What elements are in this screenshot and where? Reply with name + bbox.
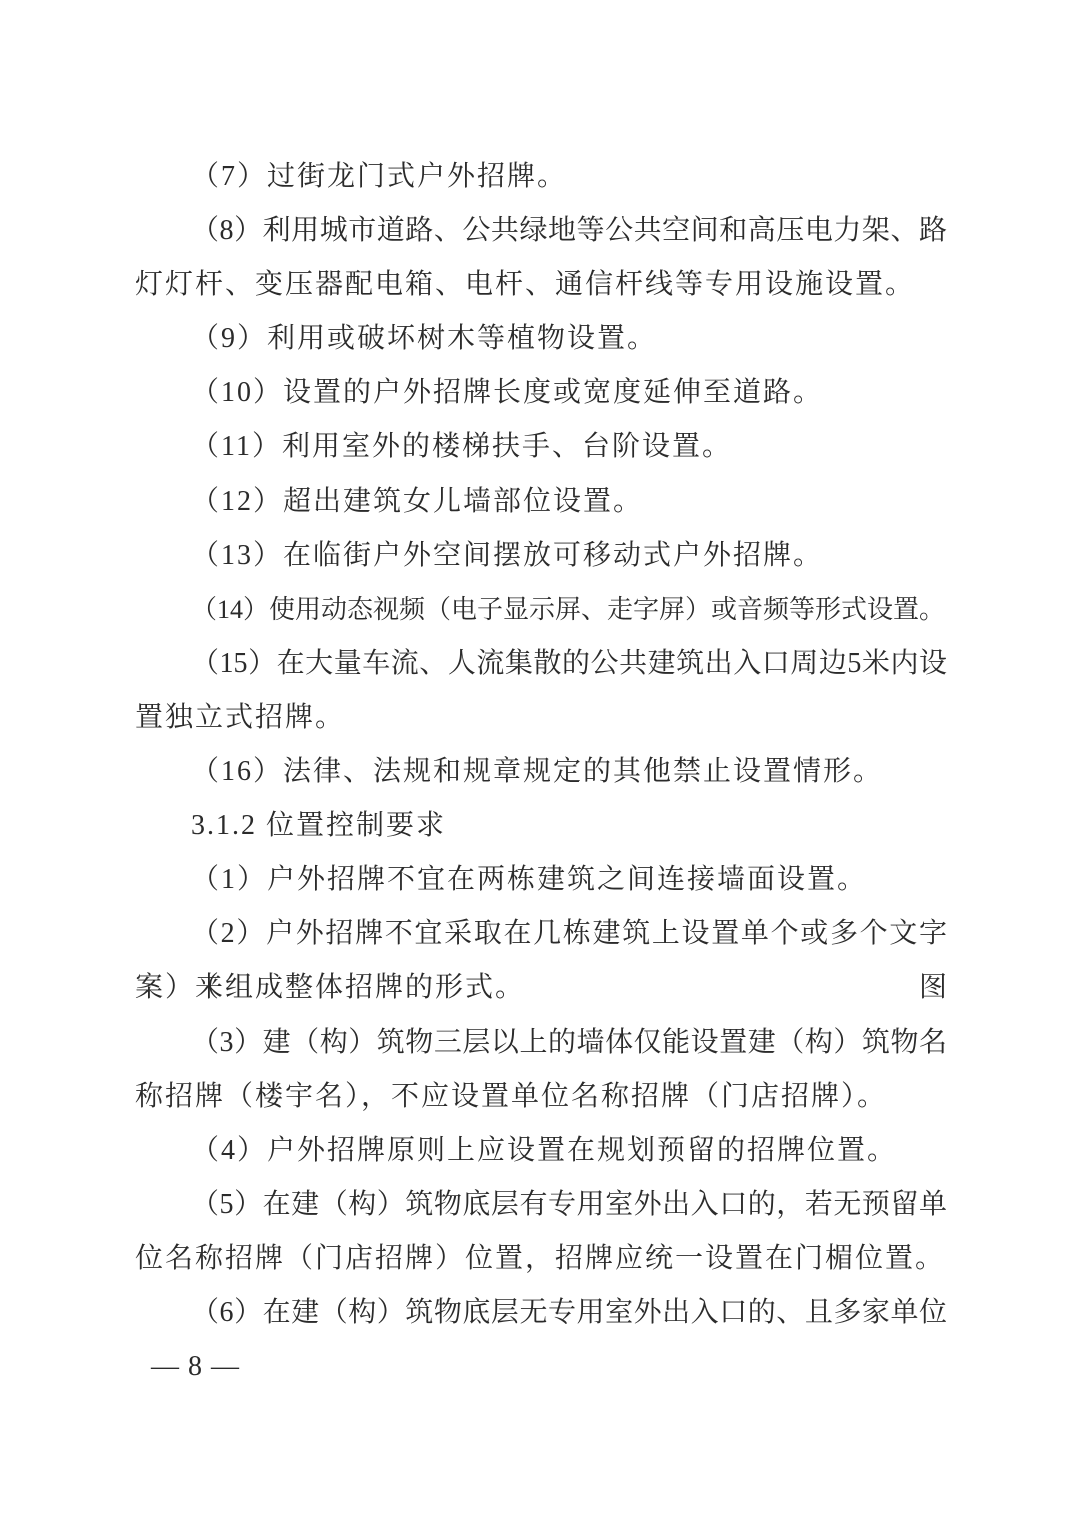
document-page: （7）过街龙门式户外招牌。 （8）利用城市道路、公共绿地等公共空间和高压电力架、…: [0, 0, 1074, 1520]
doc-line-item-3-cont: 称招牌（楼宇名），不应设置单位名称招牌（门店招牌）。: [135, 1070, 947, 1124]
doc-line-item-4: （4）户外招牌原则上应设置在规划预留的招牌位置。: [135, 1124, 947, 1178]
doc-line-item-5-cont: 位名称招牌（门店招牌）位置，招牌应统一设置在门楣位置。: [135, 1232, 947, 1286]
doc-line-item-8: （8）利用城市道路、公共绿地等公共空间和高压电力架、路: [135, 204, 947, 258]
doc-line-item-15-cont: 置独立式招牌。: [135, 691, 947, 745]
doc-line-item-6: （6）在建（构）筑物底层无专用室外出入口的、且多家单位: [135, 1286, 947, 1340]
document-body: （7）过街龙门式户外招牌。 （8）利用城市道路、公共绿地等公共空间和高压电力架、…: [135, 150, 947, 1394]
doc-line-item-2: （2）户外招牌不宜采取在几栋建筑上设置单个或多个文字（图: [135, 907, 947, 961]
doc-heading-3-1-2: 3.1.2 位置控制要求: [135, 799, 947, 853]
doc-line-item-9: （9）利用或破坏树木等植物设置。: [135, 312, 947, 366]
doc-line-item-3: （3）建（构）筑物三层以上的墙体仅能设置建（构）筑物名: [135, 1016, 947, 1070]
doc-line-item-14: （14）使用动态视频（电子显示屏、走字屏）或音频等形式设置。: [135, 583, 947, 637]
page-number: — 8 —: [135, 1340, 947, 1394]
doc-line-item-10: （10）设置的户外招牌长度或宽度延伸至道路。: [135, 366, 947, 420]
doc-line-item-7: （7）过街龙门式户外招牌。: [135, 150, 947, 204]
doc-line-item-1: （1）户外招牌不宜在两栋建筑之间连接墙面设置。: [135, 853, 947, 907]
doc-line-item-11: （11）利用室外的楼梯扶手、台阶设置。: [135, 420, 947, 474]
doc-line-item-12: （12）超出建筑女儿墙部位设置。: [135, 475, 947, 529]
doc-line-item-15: （15）在大量车流、人流集散的公共建筑出入口周边5米内设: [135, 637, 947, 691]
doc-line-item-16: （16）法律、法规和规章规定的其他禁止设置情形。: [135, 745, 947, 799]
doc-line-item-8-cont: 灯灯杆、变压器配电箱、电杆、通信杆线等专用设施设置。: [135, 258, 947, 312]
doc-line-item-13: （13）在临街户外空间摆放可移动式户外招牌。: [135, 529, 947, 583]
doc-line-item-5: （5）在建（构）筑物底层有专用室外出入口的，若无预留单: [135, 1178, 947, 1232]
